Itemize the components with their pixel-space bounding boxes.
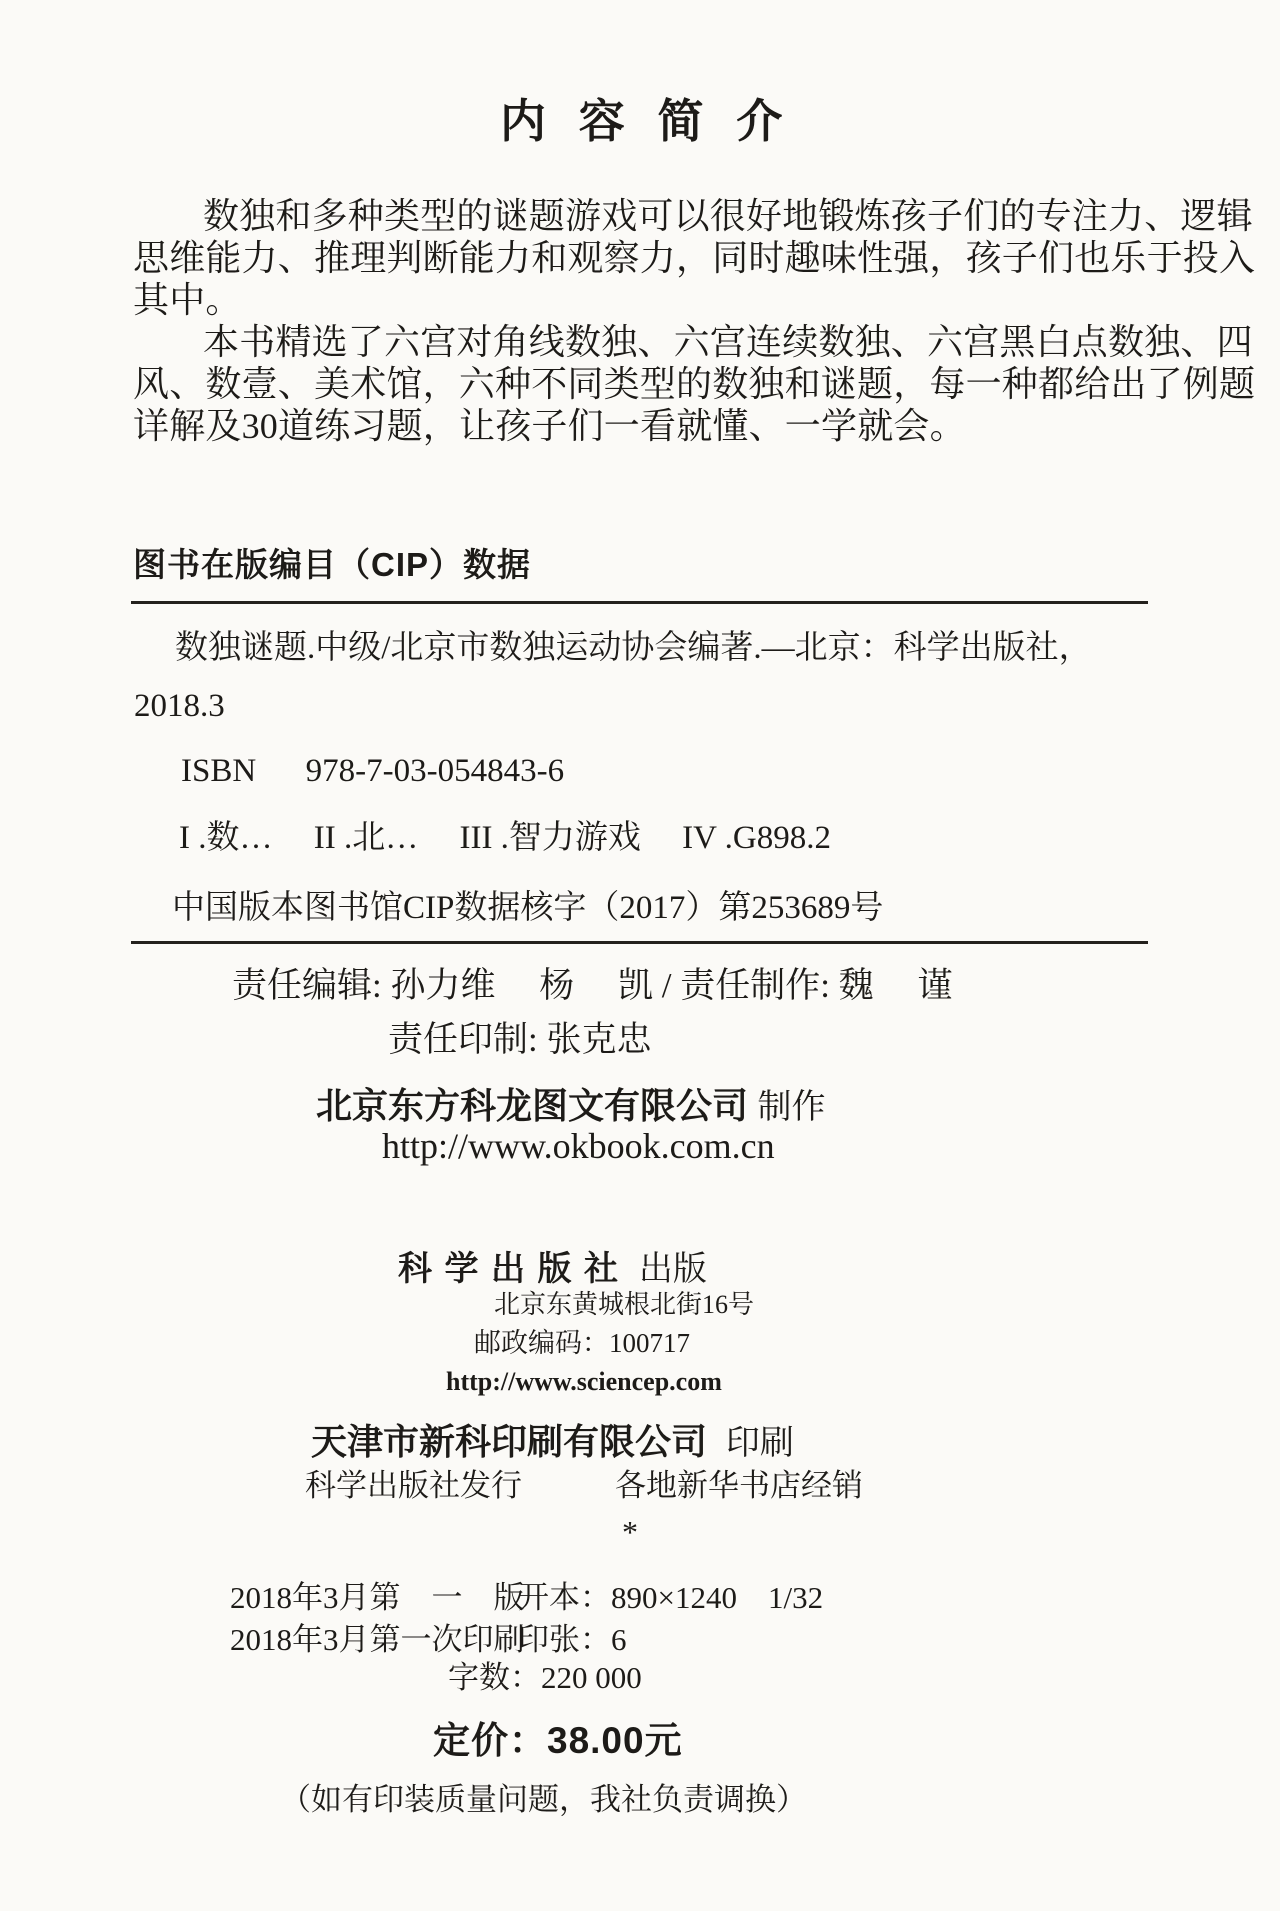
intro-para1-line3: 其中。 <box>133 282 242 318</box>
cip-heading: 图书在版编目（CIP）数据 <box>133 548 531 581</box>
producer-url: http://www.okbook.com.cn <box>382 1128 775 1164</box>
publisher-url: http://www.sciencep.com <box>446 1369 722 1395</box>
intro-para2-line2: 风、数壹、美术馆，六种不同类型的数独和谜题，每一种都给出了例题 <box>133 366 1255 402</box>
cip-classification: I .数… II .北… III .智力游戏 IV .G898.2 <box>179 822 831 855</box>
printer-role-label: 印刷 <box>726 1424 794 1462</box>
sheets-line: 印张：6 <box>518 1624 627 1655</box>
cip-record-number: 中国版本图书馆CIP数据核字（2017）第253689号 <box>172 892 883 925</box>
wordcount-line: 字数：220 000 <box>448 1662 642 1693</box>
divider-rule-top <box>131 601 1148 604</box>
intro-para2-line3: 详解及30道练习题，让孩子们一看就懂、一学就会。 <box>133 408 966 444</box>
distribution-line: 科学出版社发行 各地新华书店经销 <box>305 1470 863 1501</box>
printing-line: 2018年3月第一次印刷 <box>230 1624 525 1655</box>
section-divider-star: * <box>622 1516 638 1548</box>
credits-editors: 责任编辑: 孙力维 杨 凯 / 责任制作: 魏 谨 <box>232 968 952 1003</box>
cip-entry-line2: 2018.3 <box>134 690 225 723</box>
producer-company-name: 北京东方科龙图文有限公司 <box>316 1086 748 1126</box>
quality-notice: （如有印装质量问题，我社负责调换） <box>280 1784 807 1815</box>
copyright-page: 内 容 简 介 数独和多种类型的谜题游戏可以很好地锻炼孩子们的专注力、逻辑 思维… <box>0 0 1280 1911</box>
intro-para1-line2: 思维能力、推理判断能力和观察力，同时趣味性强，孩子们也乐于投入 <box>133 240 1255 276</box>
page-title: 内 容 简 介 <box>500 98 792 144</box>
publisher-role-label: 出版 <box>639 1250 707 1288</box>
credits-print-supervisor: 责任印制: 张克忠 <box>388 1022 651 1057</box>
publisher-postcode: 邮政编码：100717 <box>474 1330 690 1357</box>
cip-entry-line1: 数独谜题.中级/北京市数独运动协会编著.—北京：科学出版社， <box>175 632 1092 665</box>
edition-line: 2018年3月第 一 版 <box>230 1582 525 1613</box>
producer-role-label: 制作 <box>757 1088 825 1126</box>
format-line: 开本：890×1240 1/32 <box>518 1582 823 1613</box>
publisher-address: 北京东黄城根北街16号 <box>494 1292 754 1318</box>
printer-line: 天津市新科印刷有限公司 印刷 <box>295 1408 794 1476</box>
cip-isbn: ISBN 978-7-03-054843-6 <box>181 755 564 788</box>
printer-company-name: 天津市新科印刷有限公司 <box>311 1422 707 1462</box>
publisher-name: 科 学 出 版 社 <box>398 1251 620 1288</box>
intro-para1-line1: 数独和多种类型的谜题游戏可以很好地锻炼孩子们的专注力、逻辑 <box>203 198 1253 234</box>
divider-rule-bottom <box>131 941 1148 944</box>
price-line: 定价：38.00元 <box>433 1722 683 1759</box>
intro-para2-line1: 本书精选了六宫对角线数独、六宫连续数独、六宫黑白点数独、四 <box>203 324 1253 360</box>
